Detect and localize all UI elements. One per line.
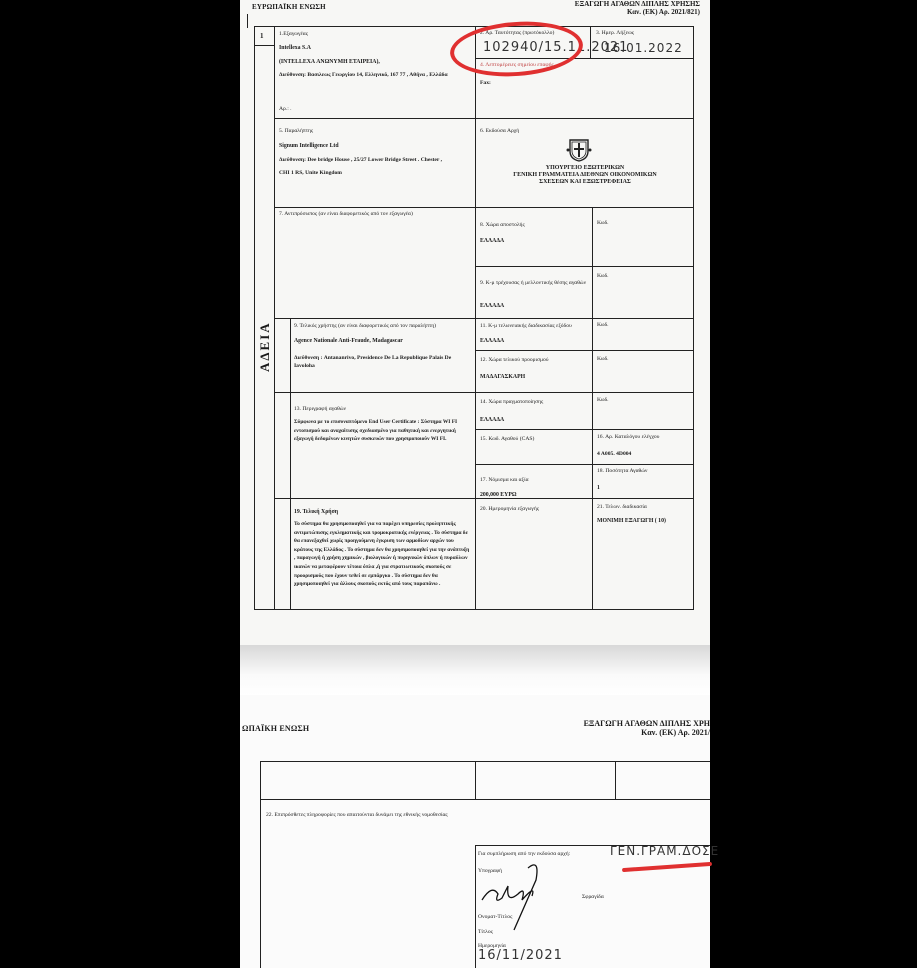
contact-fax: Fax: [480,80,491,87]
header-title-2: ΕΞΑΓΩΓΗ ΑΓΑΘΩΝ ΔΙΠΛΗΣ ΧΡΗ Καν. (ΕΚ) Αρ. … [584,719,710,737]
country-operation-value: ΕΛΛΑΔΑ [480,416,504,424]
quantity-label: 18. Ποσότητα Αγαθών [597,468,647,475]
final-destination-code: Κωδ. [597,356,609,363]
final-destination-label: 12. Χώρα τελικού προορισμού [480,357,549,364]
end-user-label: 9. Τελικός χρήστης (αν είναι διαφορετικό… [294,323,436,330]
exporter-address: Διεύθυνση: Βασιλεως Γεωργίου 14, Ελληνικ… [279,72,448,79]
exporter-label: 1.Εξαγωγέας [279,31,308,38]
customs-procedure-value: ΜΟΝΙΜΗ ΕΞΑΓΩΓΗ ( 10) [597,517,666,525]
final-destination-value: ΜΑΔΑΓΑΣΚΑΡΗ [480,373,525,381]
header-title-line1: ΕΞΑΓΩΓΗ ΑΓΑΘΩΝ ΔΙΠΛΗΣ ΧΡΗΣΗΣ [575,0,700,8]
issuing-authority-name: ΥΠΟΥΡΓΕΙΟ ΕΞΩΤΕΡΙΚΩΝ ΓΕΝΙΚΗ ΓΡΑΜΜΑΤΕΙΑ Δ… [480,165,690,186]
greek-coat-of-arms-icon [566,137,592,163]
control-list-value: 4 A005. 4D004 [597,451,631,458]
representative-label: 7. Αντιπρόσωπος (αν είναι διαφορετικός α… [279,211,413,218]
country-dispatch-value: ΕΛΛΑΔΑ [480,237,504,245]
header-title-2-line1: ΕΞΑΓΩΓΗ ΑΓΑΘΩΝ ΔΙΠΛΗΣ ΧΡΗ [584,719,710,728]
authority-line-1: ΥΠΟΥΡΓΕΙΟ ΕΞΩΤΕΡΙΚΩΝ [480,165,690,172]
header-regulation: Καν. (ΕΚ) Αρ. 2021/821) [575,8,700,16]
page-gap [240,645,710,695]
issuing-authority-label: 6. Εκδούσα Αρχή [480,128,519,135]
date-value: 16/11/2021 [478,948,563,963]
expiry-date-value: 16.01.2022 [604,41,683,55]
export-date-label: 20. Ημερομηνία εξαγωγής [480,506,539,513]
country-operation-label: 14. Χώρα πραγματοποίησης [480,399,543,406]
row-number: 1 [260,32,264,40]
end-use-label: 19. Τελική Χρήση [294,508,338,516]
goods-code-cas-label: 15. Κωδ. Αγαθού (CAS) [480,436,534,443]
customs-exit-code: Κωδ. [597,322,609,329]
authority-line-3: ΣΧΕΣΕΩΝ ΚΑΙ ΕΞΩΣΤΡΕΦΕΙΑΣ [480,179,690,186]
contact-label: 4. Λεπτομέρειες σημείου επαφής [480,62,554,69]
control-list-label: 16. Αρ. Καταλόγου ελέγχου [597,434,659,441]
authority-line-2: ΓΕΝΙΚΗ ΓΡΑΜΜΑΤΕΙΑ ΔΙΕΘΝΩΝ ΟΙΚΟΝΟΜΙΚΩΝ [480,172,690,179]
signature-icon [478,860,558,940]
currency-value-label: 17. Νόμισμα και αξία [480,477,529,484]
expiry-date-label: 3. Ημερ. Λήξεως [596,30,634,37]
end-user-address-2: Iavoloha [294,363,315,370]
header-eu: ΕΥΡΩΠΑΪΚΗ ΕΝΩΣΗ [252,3,326,11]
stamp-label: Σφραγίδα [582,894,604,901]
header-title: ΕΞΑΓΩΓΗ ΑΓΑΘΩΝ ΔΙΠΛΗΣ ΧΡΗΣΗΣ Καν. (ΕΚ) Α… [575,0,700,16]
red-underline-annotation [622,862,712,872]
customs-procedure-label: 21. Τελων. διαδικασία [597,504,647,511]
member-state-value: ΕΛΛΑΔΑ [480,302,504,310]
header-eu-2: ΩΠΑΪΚΗ ΕΝΩΣΗ [242,724,309,733]
issuer-value: ΓΕΝ.ΓΡΑΜ.ΔΟΣΕ [610,844,719,858]
country-dispatch-label: 8. Χώρα αποστολής [480,222,525,229]
country-dispatch-code: Κωδ. [597,220,609,227]
exporter-name: Intellexa S.A [279,44,311,52]
consignee-address: Διεύθυνση: Dee bridge House , 25/27 Lowe… [279,157,442,164]
goods-description-label: 13. Περιγραφή αγαθών [294,406,346,413]
consignee-name: Signum Intelligence Ltd [279,142,339,150]
quantity-value: 1 [597,484,600,492]
name-title-label: Ονοματ-Τίτλος [478,914,512,921]
document-page-2: ΩΠΑΪΚΗ ΕΝΩΣΗ ΕΞΑΓΩΓΗ ΑΓΑΘΩΝ ΔΙΠΛΗΣ ΧΡΗ Κ… [240,695,710,968]
consignee-label: 5. Παραλήπτης [279,128,313,135]
additional-info-label: 22. Επιπρόσθετες πληροφορίες που απαιτού… [266,812,448,819]
member-state-label: 9. Κ-μ τρέχουσας ή μελλοντικής θέσης αγα… [480,280,590,287]
end-use-text: Το σύστημα θα χρησιμοποιηθεί για να παρέ… [294,520,470,589]
title-label: Τίτλος [478,929,493,936]
end-user-address: Διεύθυνση : Antananrivo, Presidence De L… [294,355,451,362]
customs-exit-label: 11. Κ-μ τελωνειακής διαδικασίας εξόδου [480,323,572,330]
goods-description-text: Σύμφωνα με το επισυναπτόμενο End User Ce… [294,418,470,444]
consignee-address-2: CHI 1 RS, Unite Kingdom [279,170,342,177]
member-state-code: Κωδ. [597,273,609,280]
exporter-full-name: (INTELLEXA ΑΝΩΝΥΜΗ ΕΤΑΙΡΕΙΑ), [279,58,380,66]
header-regulation-2: Καν. (ΕΚ) Αρ. 2021/ [584,728,710,737]
exporter-number: Αρ.: . [279,106,292,113]
issuer-label: Για συμπλήρωση από την εκδούσα αρχή: [478,851,570,858]
customs-exit-value: ΕΛΛΑΔΑ [480,337,504,345]
country-operation-code: Κωδ. [597,397,609,404]
end-user-name: Agence Nationale Anti-Fraude, Madagascar [294,337,403,345]
side-label-license: ΑΔΕΙΑ [257,321,273,372]
document-page-1: ΕΥΡΩΠΑΪΚΗ ΕΝΩΣΗ ΕΞΑΓΩΓΗ ΑΓΑΘΩΝ ΔΙΠΛΗΣ ΧΡ… [240,0,710,645]
